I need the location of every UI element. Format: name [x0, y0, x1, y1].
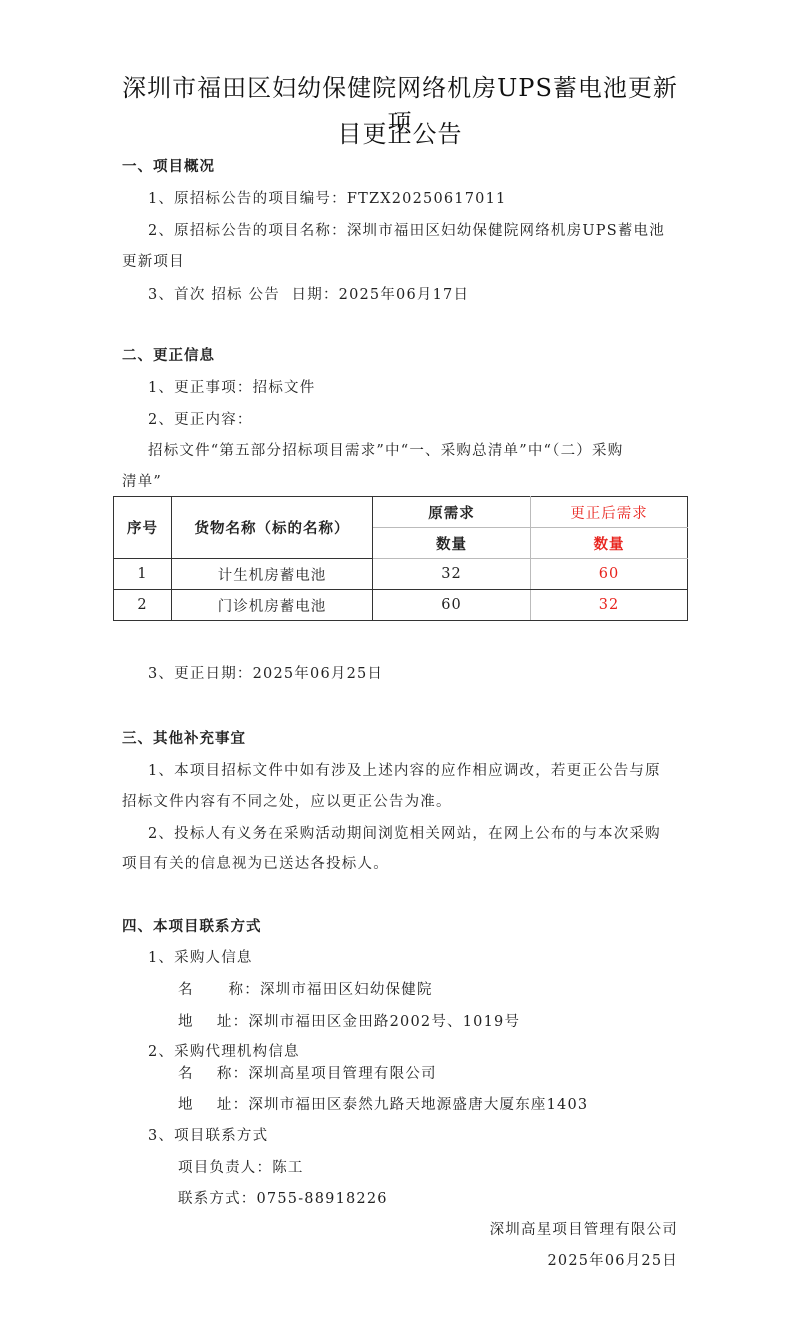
header-original: 原需求 [373, 497, 531, 528]
header-item-name: 货物名称（标的名称） [172, 497, 373, 559]
supplement-p2-line1: 2、投标人有义务在采购活动期间浏览相关网站，在网上公布的与本次采购 [148, 822, 661, 843]
correction-desc-line2: 清单” [122, 470, 162, 491]
section2-heading: 二、更正信息 [122, 344, 215, 365]
document-title-line2: 目更正公告 [110, 114, 690, 149]
header-seq: 序号 [114, 497, 172, 559]
contact-label: 3、项目联系方式 [148, 1124, 268, 1145]
project-number: 1、原招标公告的项目编号：FTZX20250617011 [148, 187, 506, 208]
row-seq: 1 [114, 559, 172, 590]
agency-label: 2、采购代理机构信息 [148, 1040, 300, 1061]
correction-date: 3、更正日期：2025年06月25日 [148, 662, 383, 683]
supplement-p1-line2: 招标文件内容有不同之处，应以更正公告为准。 [122, 790, 452, 811]
agency-address: 地 址：深圳市福田区泰然九路天地源盛唐大厦东座1403 [178, 1093, 588, 1114]
project-name-line2: 更新项目 [122, 250, 185, 271]
section3-heading: 三、其他补充事宜 [122, 727, 246, 748]
signature-company: 深圳高星项目管理有限公司 [490, 1218, 678, 1239]
row-original-qty: 32 [373, 559, 531, 590]
signature-date: 2025年06月25日 [547, 1249, 678, 1270]
project-name-line1: 2、原招标公告的项目名称：深圳市福田区妇幼保健院网络机房UPS蓄电池 [148, 219, 665, 240]
contact-person: 项目负责人：陈工 [178, 1156, 304, 1177]
correction-item: 1、更正事项：招标文件 [148, 376, 315, 397]
row-seq: 2 [114, 590, 172, 621]
header-corrected-qty: 数量 [531, 528, 688, 559]
purchaser-label: 1、采购人信息 [148, 946, 253, 967]
table-row: 1 计生机房蓄电池 32 60 [114, 559, 688, 590]
agency-name: 名 称：深圳高星项目管理有限公司 [178, 1062, 437, 1083]
header-original-qty: 数量 [373, 528, 531, 559]
contact-phone: 联系方式：0755-88918226 [178, 1187, 388, 1208]
row-item-name: 计生机房蓄电池 [172, 559, 373, 590]
correction-table: 序号 货物名称（标的名称） 原需求 更正后需求 数量 数量 1 计生机房蓄电池 … [113, 496, 688, 621]
announcement-page: 深圳市福田区妇幼保健院网络机房UPS蓄电池更新项 目更正公告 一、项目概况 1、… [0, 0, 800, 1341]
purchaser-name: 名 称：深圳市福田区妇幼保健院 [178, 978, 433, 999]
supplement-p1-line1: 1、本项目招标文件中如有涉及上述内容的应作相应调改，若更正公告与原 [148, 759, 661, 780]
row-original-qty: 60 [373, 590, 531, 621]
row-corrected-qty: 60 [531, 559, 688, 590]
header-corrected: 更正后需求 [531, 497, 688, 528]
table-row: 2 门诊机房蓄电池 60 32 [114, 590, 688, 621]
row-item-name: 门诊机房蓄电池 [172, 590, 373, 621]
row-corrected-qty: 32 [531, 590, 688, 621]
first-announcement-date: 3、首次 招标 公告 日期：2025年06月17日 [148, 283, 469, 304]
section4-heading: 四、本项目联系方式 [122, 915, 262, 936]
correction-desc-line1: 招标文件“第五部分招标项目需求”中“一、采购总清单”中“（二）采购 [148, 439, 623, 460]
section1-heading: 一、项目概况 [122, 155, 215, 176]
purchaser-address: 地 址：深圳市福田区金田路2002号、1019号 [178, 1010, 520, 1031]
supplement-p2-line2: 项目有关的信息视为已送达各投标人。 [122, 852, 389, 873]
correction-content-label: 2、更正内容： [148, 408, 253, 429]
